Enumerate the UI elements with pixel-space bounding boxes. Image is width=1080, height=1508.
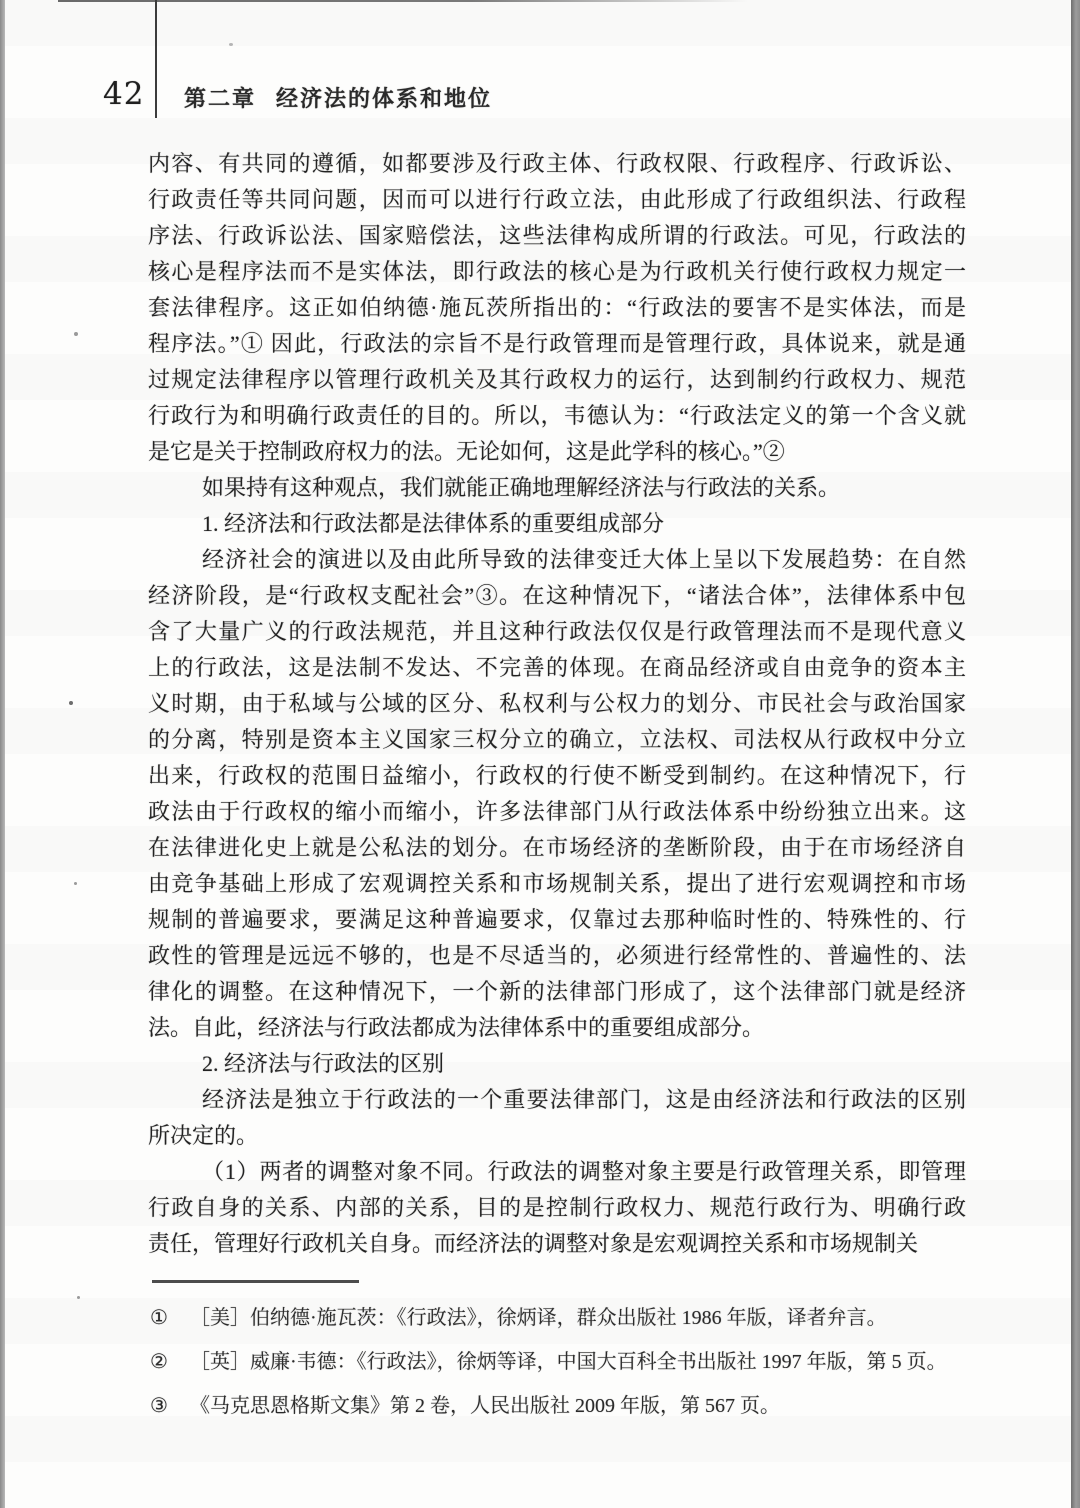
footnote-text: ［美］伯纳德·施瓦茨：《行政法》，徐炳译，群众出版社 1986 年版，译者弁言。 [190,1307,887,1329]
text-line: 所决定的。 [148,1118,966,1154]
scan-speck [229,43,233,46]
footnote-text: ［英］威廉·韦德：《行政法》，徐炳等译，中国大百科全书出版社 1997 年版，第… [190,1351,947,1373]
chapter-header: 第二章经济法的体系和地位 [184,82,492,113]
header-divider [155,0,157,118]
text-line: 如果持有这种观点，我们就能正确地理解经济法与行政法的关系。 [148,470,966,506]
scan-speck [77,1296,80,1299]
paragraph: 内容、有共同的遵循，如都要涉及行政主体、行政权限、行政程序、行政诉讼、行政责任等… [148,146,966,470]
scan-speck [69,701,73,705]
footnote: ③《马克思恩格斯文集》第 2 卷，人民出版社 2009 年版，第 567 页。 [150,1384,980,1428]
paragraph: 经济社会的演进以及由此所导致的法律变迁大体上呈以下发展趋势：在自然经济阶段，是“… [148,542,966,1046]
paragraph: 经济法是独立于行政法的一个重要法律部门，这是由经济法和行政法的区别所决定的。 [148,1082,966,1154]
footnote-text: 《马克思恩格斯文集》第 2 卷，人民出版社 2009 年版，第 567 页。 [190,1395,780,1417]
section-heading: 2. 经济法与行政法的区别 [148,1046,966,1082]
chapter-title: 经济法的体系和地位 [276,86,492,111]
text-line: （1）两者的调整对象不同。行政法的调整对象主要是行政管理关系，即管理 [148,1154,966,1190]
text-line: 序法、行政诉讼法、国家赔偿法，这些法律构成所谓的行政法。可见，行政法的 [148,218,966,254]
text-line: 2. 经济法与行政法的区别 [148,1046,966,1082]
text-line: 律化的调整。在这种情况下，一个新的法律部门形成了，这个法律部门就是经济 [148,974,966,1010]
text-line: 含了大量广义的行政法规范，并且这种行政法仅仅是行政管理法而不是现代意义 [148,614,966,650]
text-line: 内容、有共同的遵循，如都要涉及行政主体、行政权限、行政程序、行政诉讼、 [148,146,966,182]
scan-edge-right [1071,0,1080,1508]
footnote-marker: ② [150,1340,190,1384]
text-line: 的分离，特别是资本主义国家三权分立的确立，立法权、司法权从行政权中分立 [148,722,966,758]
text-line: 行政自身的关系、内部的关系，目的是控制行政权力、规范行政行为、明确行政 [148,1190,966,1226]
text-line: 政性的管理是远远不够的，也是不尽适当的，必须进行经常性的、普遍性的、法 [148,938,966,974]
text-line: 上的行政法，这是法制不发达、不完善的体现。在商品经济或自由竞争的资本主 [148,650,966,686]
text-line: 经济法是独立于行政法的一个重要法律部门，这是由经济法和行政法的区别 [148,1082,966,1118]
text-line: 过规定法律程序以管理行政机关及其行政权力的运行，达到制约行政权力、规范 [148,362,966,398]
text-line: 经济社会的演进以及由此所导致的法律变迁大体上呈以下发展趋势：在自然 [148,542,966,578]
text-line: 在法律进化史上就是公私法的划分。在市场经济的垄断阶段，由于在市场经济自 [148,830,966,866]
text-line: 套法律程序。这正如伯纳德·施瓦茨所指出的：“行政法的要害不是实体法，而是 [148,290,966,326]
scan-top-line [58,0,748,2]
footnote-marker: ① [150,1296,190,1340]
footnote: ②［英］威廉·韦德：《行政法》，徐炳等译，中国大百科全书出版社 1997 年版，… [150,1340,980,1384]
text-line: 行政责任等共同问题，因而可以进行行政立法，由此形成了行政组织法、行政程 [148,182,966,218]
scan-speck [74,332,78,336]
body-text: 内容、有共同的遵循，如都要涉及行政主体、行政权限、行政程序、行政诉讼、行政责任等… [148,146,966,1262]
footnotes: ①［美］伯纳德·施瓦茨：《行政法》，徐炳译，群众出版社 1986 年版，译者弁言… [150,1296,980,1428]
section-heading: 1. 经济法和行政法都是法律体系的重要组成部分 [148,506,966,542]
text-line: 经济阶段，是“行政权支配社会”③。在这种情况下，“诸法合体”，法律体系中包 [148,578,966,614]
text-line: 法。自此，经济法与行政法都成为法律体系中的重要组成部分。 [148,1010,966,1046]
text-line: 1. 经济法和行政法都是法律体系的重要组成部分 [148,506,966,542]
footnote-marker: ③ [150,1384,190,1428]
text-line: 由竞争基础上形成了宏观调控关系和市场规制关系，提出了进行宏观调控和市场 [148,866,966,902]
text-line: 核心是程序法而不是实体法，即行政法的核心是为行政机关行使行政权力规定一 [148,254,966,290]
scan-edge-left [0,0,5,1508]
text-line: 规制的普遍要求，要满足这种普遍要求，仅靠过去那种临时性的、特殊性的、行 [148,902,966,938]
text-line: 行政行为和明确行政责任的目的。所以，韦德认为：“行政法定义的第一个含义就 [148,398,966,434]
text-line: 政法由于行政权的缩小而缩小，许多法律部门从行政法体系中纷纷独立出来。这 [148,794,966,830]
text-line: 义时期，由于私域与公域的区分、私权利与公权力的划分、市民社会与政治国家 [148,686,966,722]
text-line: 程序法。”① 因此，行政法的宗旨不是行政管理而是管理行政，具体说来，就是通 [148,326,966,362]
page-number: 42 [103,76,144,112]
book-page: 42 第二章经济法的体系和地位 内容、有共同的遵循，如都要涉及行政主体、行政权限… [0,0,1080,1508]
footnote-divider [152,1280,359,1283]
chapter-label: 第二章 [184,86,256,111]
text-line: 是它是关于控制政府权力的法。无论如何，这是此学科的核心。”② [148,434,966,470]
text-line: 责任，管理好行政机关自身。而经济法的调整对象是宏观调控关系和市场规制关 [148,1226,966,1262]
paragraph: （1）两者的调整对象不同。行政法的调整对象主要是行政管理关系，即管理行政自身的关… [148,1154,966,1262]
footnote: ①［美］伯纳德·施瓦茨：《行政法》，徐炳译，群众出版社 1986 年版，译者弁言… [150,1296,980,1340]
text-line: 出来，行政权的范围日益缩小，行政权的行使不断受到制约。在这种情况下，行 [148,758,966,794]
paragraph: 如果持有这种观点，我们就能正确地理解经济法与行政法的关系。 [148,470,966,506]
scan-speck [74,882,77,885]
